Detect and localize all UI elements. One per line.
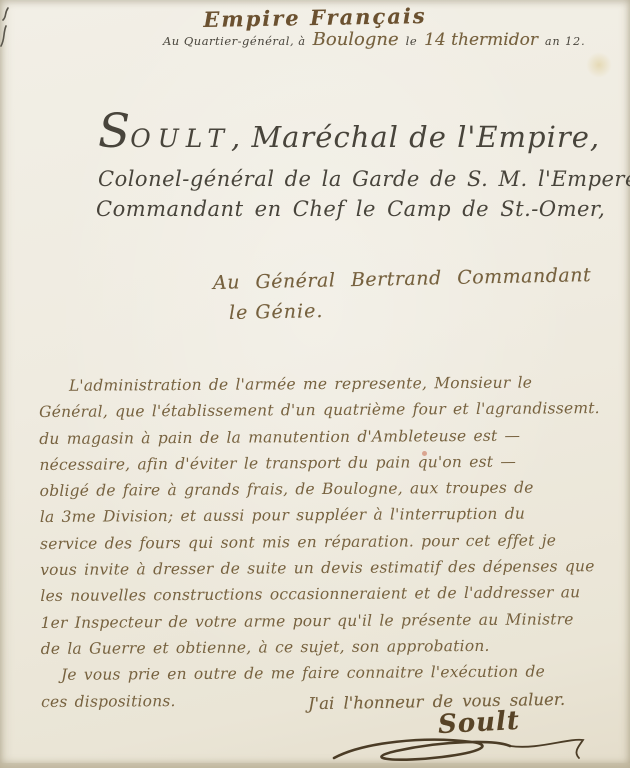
letterhead-line3: Commandant en Chef le Camp de St.-Omer,	[96, 197, 605, 221]
dateline-place: Boulogne	[313, 29, 399, 50]
dateline-printed-prefix: Au Quartier-général, à	[163, 34, 306, 48]
body-line: la 3me Division; et aussi pour suppléer …	[40, 500, 612, 530]
letterhead-name-rest: OULT	[130, 124, 231, 153]
body-line: obligé de faire à grands frais, de Boulo…	[40, 474, 612, 504]
body-line: L'administration de l'armée me represent…	[39, 369, 611, 399]
paper-stain	[586, 52, 612, 78]
dateline: Au Quartier-général, à Boulogne le 14 th…	[163, 29, 586, 50]
recipient-line2: le Génie.	[229, 300, 324, 324]
body-line: Général, que l'établissement d'un quatri…	[39, 395, 611, 425]
dateline-printed-le: le	[406, 34, 417, 48]
dateline-date: 14 thermidor	[424, 30, 538, 50]
recipient-line1: Au Général Bertrand Commandant	[213, 264, 592, 294]
dateline-year: an 12.	[545, 35, 586, 48]
letterhead-name-initial: S	[98, 104, 130, 159]
letterhead-name-title: , Maréchal de l'Empire,	[231, 120, 600, 154]
body-line: vous invite à dresser de suite un devis …	[40, 553, 612, 583]
body-line: nécessaire, afin d'éviter le transport d…	[39, 448, 611, 478]
body-line: les nouvelles constructions occasionnera…	[40, 579, 612, 609]
body-line: Je vous prie en outre de me faire connai…	[41, 658, 613, 688]
letter-photo: Empire Français Au Quartier-général, à B…	[0, 0, 630, 768]
body-line: 1er Inspecteur de votre arme pour qu'il …	[40, 606, 612, 636]
body-line: du magasin à pain de la manutention d'Am…	[39, 422, 611, 452]
letterhead-line2: Colonel-général de la Garde de S. M. l'E…	[98, 167, 630, 191]
body-line: de la Guerre et obtienne, à ce sujet, so…	[41, 632, 613, 662]
letterhead-name: SOULT, Maréchal de l'Empire,	[98, 104, 600, 159]
signature-flourish	[330, 733, 602, 765]
body-line: service des fours qui sont mis en répara…	[40, 527, 612, 557]
letter-body: L'administration de l'armée me represent…	[39, 369, 613, 715]
